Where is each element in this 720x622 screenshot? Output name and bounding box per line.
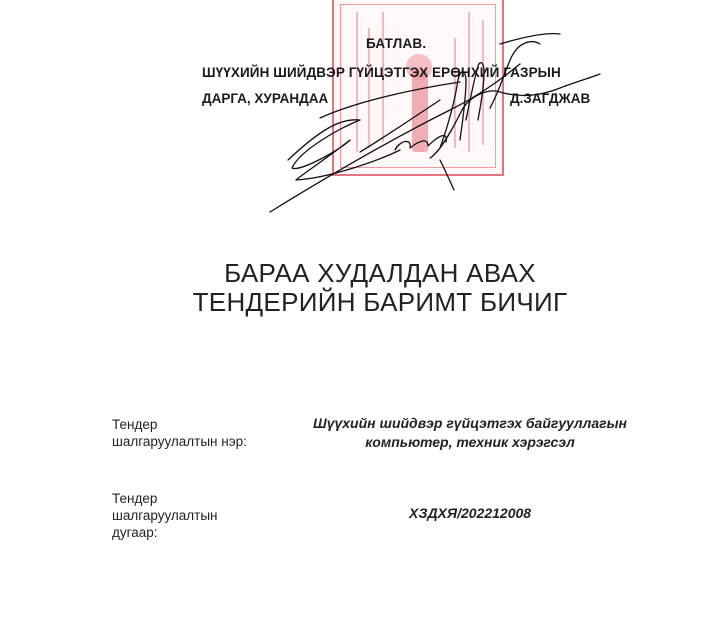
document-title-line1: БАРАА ХУДАЛДАН АВАХ	[0, 258, 720, 289]
tender-name-value: Шүүхийн шийдвэр гүйцэтгэх байгууллагын к…	[270, 414, 670, 452]
document-title-line2: ТЕНДЕРИЙН БАРИМТ БИЧИГ	[0, 287, 720, 318]
official-seal-icon	[332, 0, 504, 176]
tender-number-value: ХЗДХЯ/202212008	[270, 504, 670, 523]
tender-number-label: Тендер шалгаруулалтын дугаар:	[112, 490, 262, 541]
approval-position: ШҮҮХИЙН ШИЙДВЭР ГҮЙЦЭТГЭХ ЕРӨНХИЙ ГАЗРЫН	[202, 65, 596, 80]
tender-name-label: Тендер шалгаруулалтын нэр:	[112, 416, 262, 450]
approval-signatory: Д.ЗАГДЖАВ	[510, 91, 590, 106]
approval-rank: ДАРГА, ХУРАНДАА	[202, 91, 328, 106]
approval-heading: БАТЛАВ.	[366, 36, 426, 51]
document-page: БАТЛАВ. ШҮҮХИЙН ШИЙДВЭР ГҮЙЦЭТГЭХ ЕРӨНХИ…	[0, 0, 720, 622]
